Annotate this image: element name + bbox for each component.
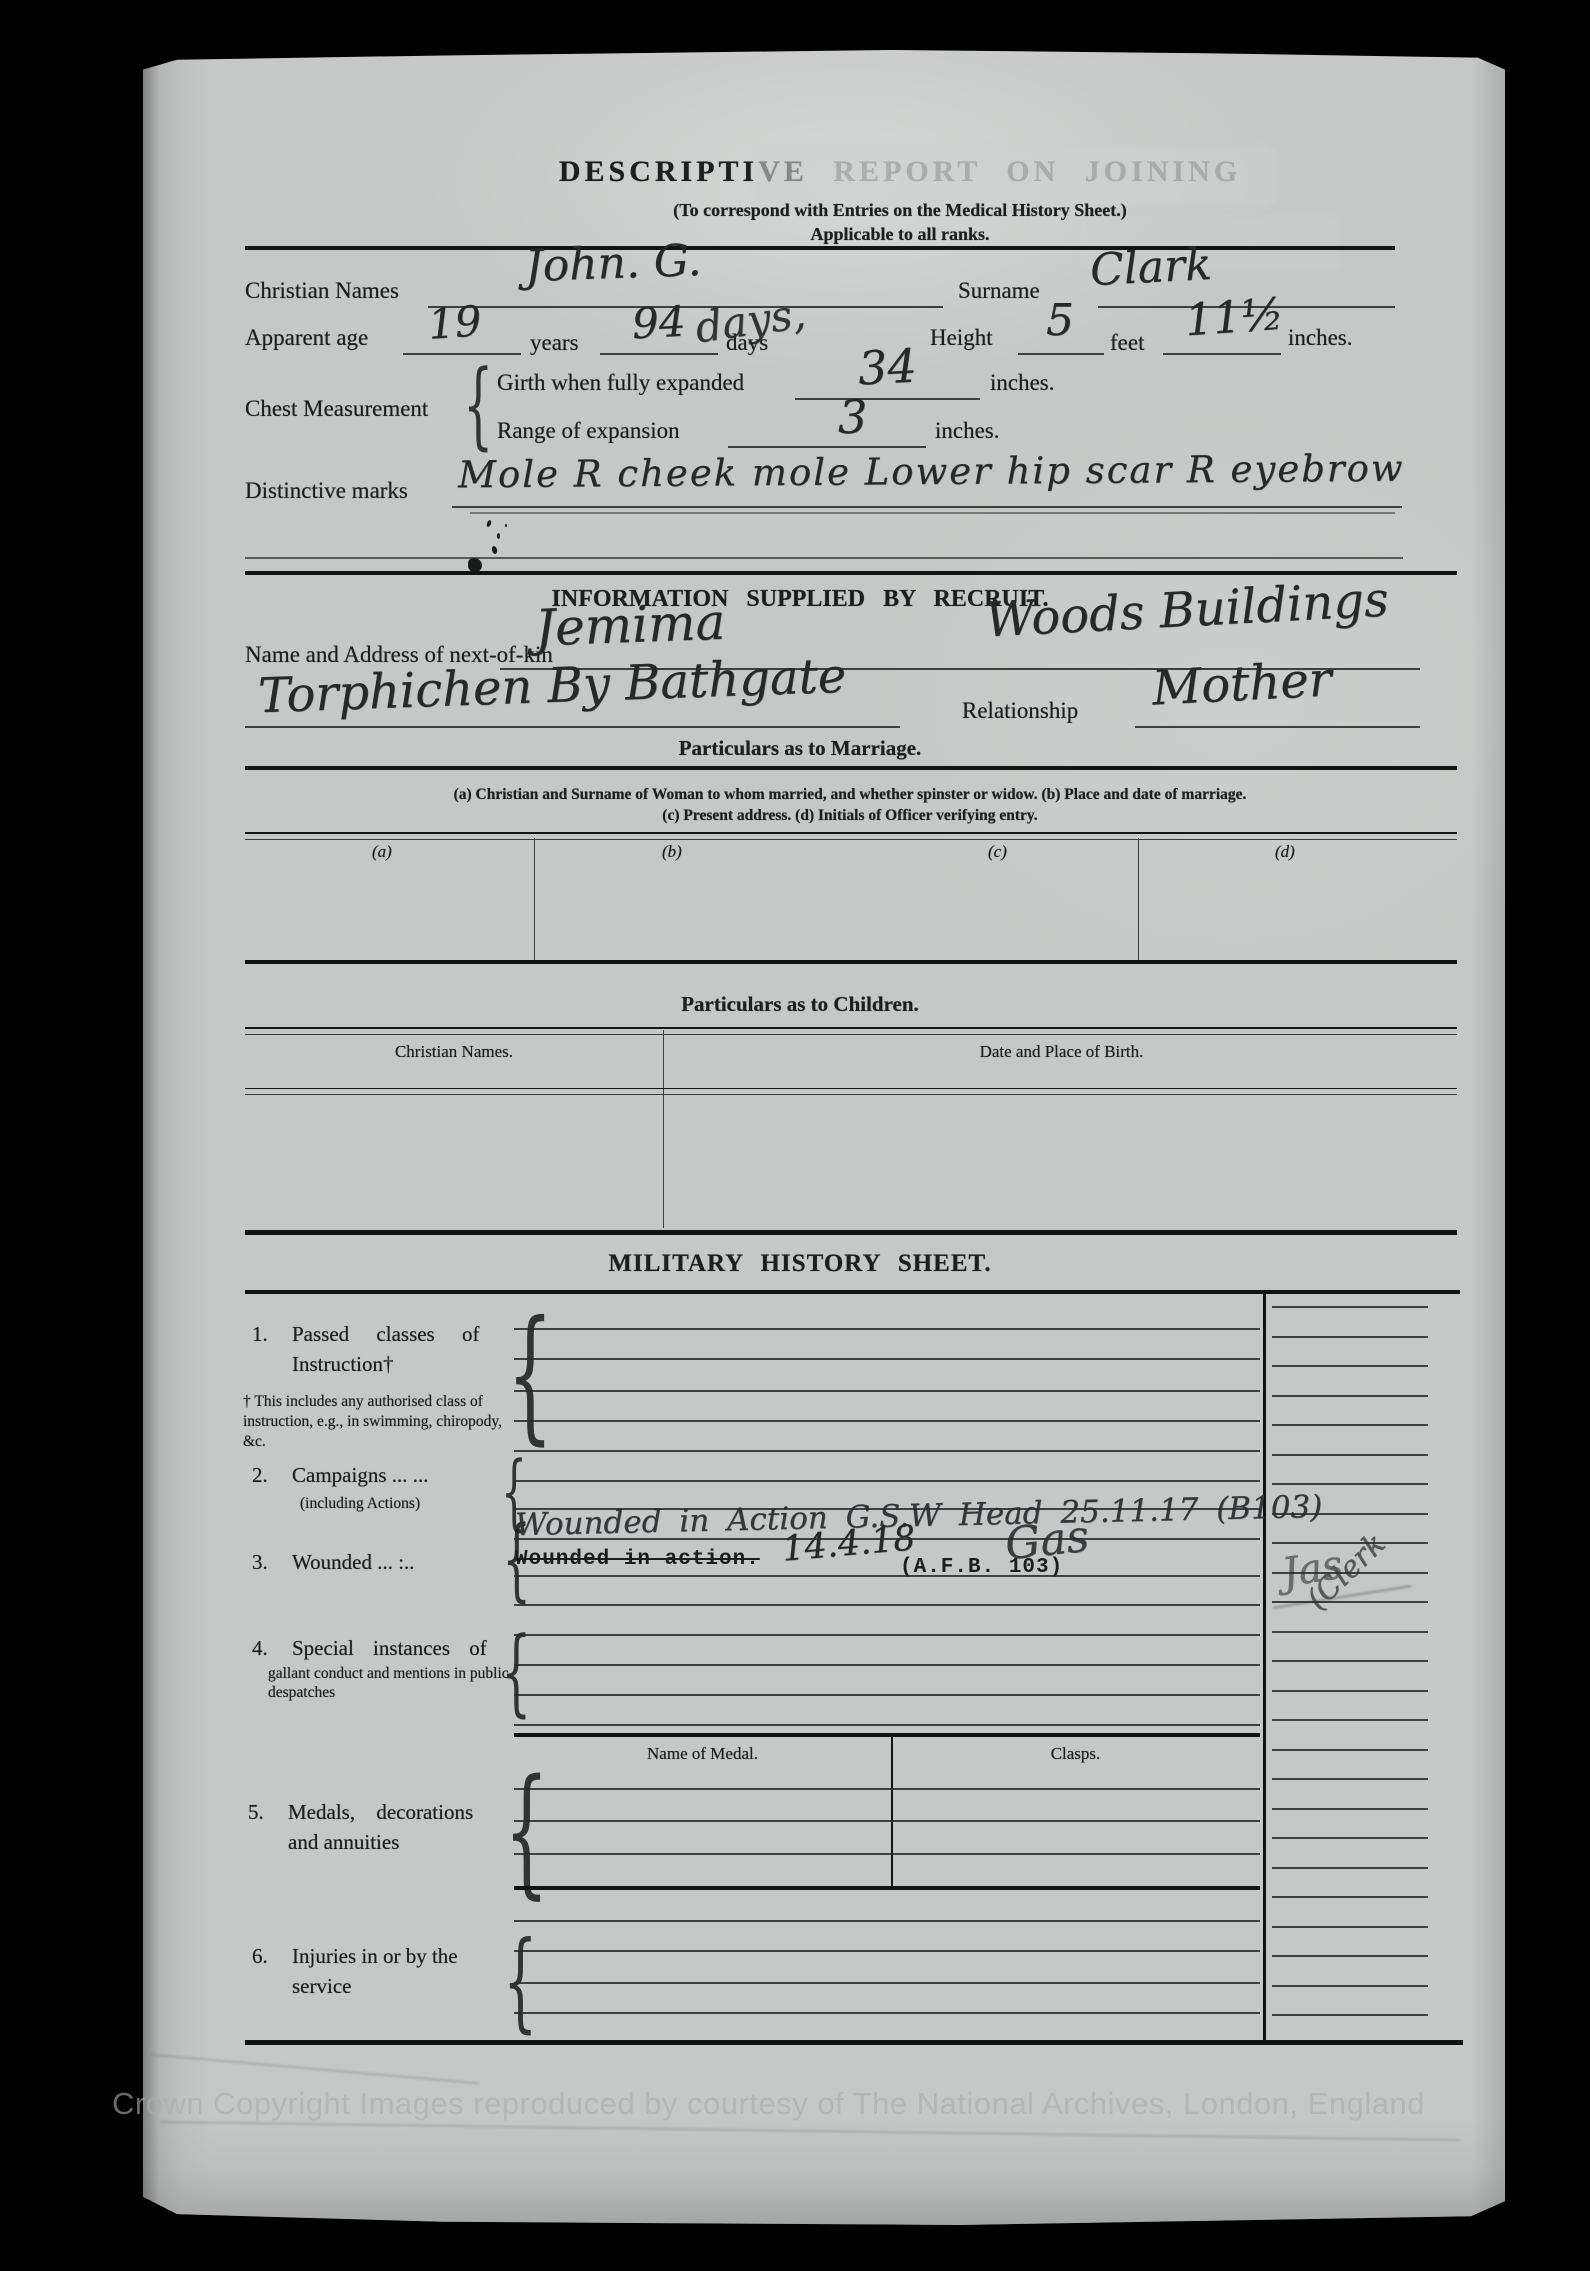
ruled-line [514, 1694, 1260, 1696]
ruled-line [1272, 1631, 1428, 1633]
faded-stamp-patch [755, 145, 1275, 207]
ruled-line [1272, 1601, 1428, 1603]
rule [245, 832, 1457, 840]
ruled-line [514, 1575, 1260, 1577]
girth-label: Girth when fully expanded [497, 370, 744, 396]
item3-label: Wounded ... :.. [292, 1550, 415, 1575]
feet-label: feet [1110, 330, 1144, 356]
gas-handwritten: Gas [1003, 1511, 1092, 1570]
height-feet-value: 5 [1046, 295, 1074, 346]
watermark: Crown Copyright Images reproduced by cou… [112, 2086, 1425, 2122]
marriage-note2: (c) Present address. (d) Initials of Off… [280, 807, 1420, 825]
ruled-line [514, 2012, 1260, 2014]
age-years-value: 19 [426, 296, 483, 349]
paper-document [143, 50, 1505, 2225]
rule [245, 1230, 1457, 1235]
underline [452, 506, 1402, 508]
rule [245, 571, 1457, 575]
underline [1163, 353, 1281, 355]
marriage-divider [1138, 838, 1139, 962]
rule [245, 1088, 1457, 1095]
expansion-units: inches. [935, 418, 1000, 444]
ruled-line [514, 1420, 1260, 1422]
rule [245, 2040, 1463, 2045]
rule [245, 766, 1457, 770]
surname-label: Surname [958, 278, 1040, 304]
ruled-line [514, 1788, 1260, 1790]
apparent-age-label: Apparent age [245, 325, 368, 351]
medal-col1: Name of Medal. [514, 1744, 891, 1764]
underline [470, 512, 1395, 514]
christian-names-value: John. G. [524, 235, 702, 292]
item6-label: Injuries in or by the [292, 1944, 458, 1969]
rule [245, 1290, 1460, 1294]
item6-num: 6. [252, 1944, 268, 1969]
underline [428, 306, 943, 308]
ruled-line [1272, 1424, 1428, 1426]
ruled-line [514, 1634, 1260, 1636]
marriage-divider [534, 838, 535, 962]
ruled-line [514, 1450, 1260, 1452]
marriage-col-a: (a) [372, 842, 392, 862]
item2-num: 2. [252, 1463, 268, 1488]
wounded-entry-typed: Wounded in action. [515, 1548, 760, 1571]
marriage-heading: Particulars as to Marriage. [400, 736, 1200, 761]
blank-line [245, 557, 1403, 559]
height-inches-value: 11½ [1183, 289, 1285, 347]
ruled-line [1272, 1454, 1428, 1456]
item4-note: gallant conduct and mentions in public d… [268, 1664, 518, 1703]
chest-brace: { [463, 358, 493, 453]
medal-divider [891, 1733, 893, 1890]
ink-speck [505, 524, 507, 527]
ruled-line [1272, 1837, 1428, 1839]
ruled-line [1272, 1749, 1428, 1751]
children-heading: Particulars as to Children. [400, 992, 1200, 1017]
inches-label: inches. [1288, 325, 1353, 351]
underline [600, 353, 718, 355]
item4-num: 4. [252, 1636, 268, 1661]
christian-names-label: Christian Names [245, 278, 399, 304]
nok-name-value: Jemima [534, 593, 726, 658]
ruled-line [514, 1724, 1260, 1726]
item4-brace: { [501, 1625, 531, 1720]
marriage-col-c: (c) [988, 842, 1007, 862]
ruled-line [1272, 1483, 1428, 1485]
girth-value: 34 [857, 339, 918, 396]
rule [245, 246, 1395, 250]
item1-footnote: † This includes any authorised class of … [243, 1392, 511, 1452]
marriage-note1: (a) Christian and Surname of Woman to wh… [280, 786, 1420, 804]
chest-measurement-label: Chest Measurement [245, 396, 428, 422]
ruled-line [514, 1664, 1260, 1666]
underline [245, 726, 900, 728]
ruled-line [1272, 1926, 1428, 1928]
ruled-line [1272, 1896, 1428, 1898]
ruled-line [1272, 1572, 1428, 1574]
item5-label: Medals, decorations [288, 1800, 473, 1825]
item6-label2: service [292, 1974, 351, 1999]
girth-units: inches. [990, 370, 1055, 396]
ruled-line [514, 1853, 1260, 1855]
item2-label: Campaigns ... ... [292, 1463, 429, 1488]
ruled-line [1272, 1365, 1428, 1367]
distinctive-marks-value: Mole R cheek mole Lower hip scar R eyebr… [458, 447, 1403, 497]
ruled-line [1272, 1808, 1428, 1810]
ruled-line [1272, 1867, 1428, 1869]
ruled-line [1272, 2014, 1428, 2016]
military-main-divider [1263, 1290, 1266, 2042]
expansion-value: 3 [838, 390, 867, 444]
item4-label: Special instances of [292, 1636, 487, 1661]
ruled-line [514, 1820, 1260, 1822]
underline [1135, 726, 1420, 728]
item3-num: 3. [252, 1550, 268, 1575]
rule [514, 1733, 1260, 1737]
ruled-line [514, 1950, 1260, 1952]
ink-speck [497, 533, 500, 539]
ruled-line [1272, 1660, 1428, 1662]
underline [1018, 353, 1104, 355]
underline [795, 398, 980, 400]
ruled-line [1272, 1306, 1428, 1308]
item5-num: 5. [248, 1800, 264, 1825]
rule [245, 1027, 1457, 1035]
item2-note: (including Actions) [300, 1495, 420, 1513]
ruled-line [1272, 1395, 1428, 1397]
distinctive-marks-label: Distinctive marks [245, 478, 408, 504]
marriage-col-b: (b) [662, 842, 682, 862]
rule [514, 1886, 1260, 1890]
item5-label2: and annuities [288, 1830, 399, 1855]
ruled-line [1272, 1542, 1428, 1544]
military-heading: MILITARY HISTORY SHEET. [400, 1250, 1200, 1278]
relationship-label: Relationship [962, 698, 1078, 724]
relationship-value: Mother [1151, 651, 1333, 716]
item1-brace: { [507, 1302, 553, 1447]
item1-num: 1. [252, 1322, 268, 1347]
ruled-line [514, 1604, 1260, 1606]
surname-value: Clark [1089, 239, 1213, 296]
age-days-value: 94 [631, 297, 687, 349]
medal-col2: Clasps. [891, 1744, 1260, 1764]
underline [403, 353, 521, 355]
rule [245, 960, 1457, 964]
ruled-line [1272, 1955, 1428, 1957]
ruled-line [514, 1508, 1260, 1510]
children-col2: Date and Place of Birth. [663, 1042, 1460, 1062]
ruled-line [1272, 1690, 1428, 1692]
scan-background: DESCRIPTIVE REPORT ON JOINING (To corres… [0, 0, 1590, 2271]
ruled-line [1272, 1513, 1428, 1515]
ruled-line [1272, 1336, 1428, 1338]
ruled-line [514, 1358, 1260, 1360]
children-divider [663, 1030, 664, 1228]
marriage-col-d: (d) [1275, 842, 1295, 862]
ruled-line [514, 1480, 1260, 1482]
ruled-line [514, 1390, 1260, 1392]
item1-label: Passed classes of [292, 1322, 479, 1347]
item5-brace: { [504, 1762, 549, 1902]
ruled-line [1272, 1719, 1428, 1721]
years-label: years [530, 330, 579, 356]
ruled-line [514, 1328, 1260, 1330]
children-col1: Christian Names. [245, 1042, 663, 1062]
ruled-line [514, 1538, 1260, 1540]
ruled-line [514, 1982, 1260, 1984]
subtitle-line1: (To correspond with Entries on the Medic… [500, 200, 1300, 221]
item1-label2: Instruction† [292, 1352, 393, 1377]
ruled-line [514, 1920, 1260, 1922]
underline [728, 446, 926, 448]
height-label: Height [930, 325, 993, 351]
ink-blot [468, 558, 482, 572]
expansion-label: Range of expansion [497, 418, 680, 444]
ruled-line [1272, 1985, 1428, 1987]
ruled-line [1272, 1778, 1428, 1780]
